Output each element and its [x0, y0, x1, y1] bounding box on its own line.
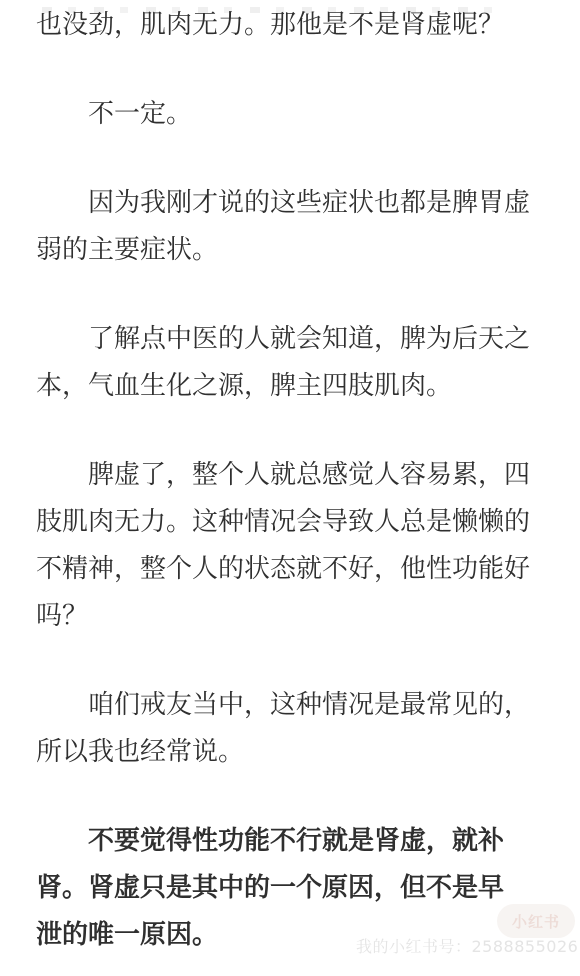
article-content: 也没劲，肌肉无力。那他是不是肾虚呢？ 不一定。 因为我刚才说的这些症状也都是脾胃…	[36, 2, 541, 959]
paragraph-2: 不一定。	[36, 91, 541, 138]
paragraph-4: 了解点中医的人就会知道，脾为后天之 本，气血生化之源，脾主四肢肌肉。	[36, 316, 541, 410]
paragraph-6: 咱们戒友当中，这种情况是最常见的， 所以我也经常说。	[36, 682, 541, 776]
xiaohongshu-logo-text: 小红书	[512, 911, 560, 932]
xiaohongshu-account-watermark: 我的小红书号：2588855026	[356, 934, 578, 957]
xiaohongshu-logo-badge: 小红书	[497, 904, 575, 938]
paragraph-3: 因为我刚才说的这些症状也都是脾胃虚 弱的主要症状。	[36, 180, 541, 274]
paragraph-1: 也没劲，肌肉无力。那他是不是肾虚呢？	[36, 2, 541, 49]
paragraph-5: 脾虚了，整个人就总感觉人容易累，四 肢肌肉无力。这种情况会导致人总是懒懒的 不精…	[36, 452, 541, 640]
article-page: 也没劲，肌肉无力。那他是不是肾虚呢？ 不一定。 因为我刚才说的这些症状也都是脾胃…	[0, 0, 580, 976]
